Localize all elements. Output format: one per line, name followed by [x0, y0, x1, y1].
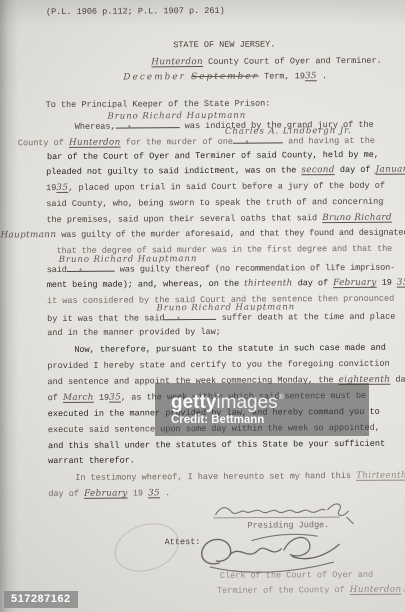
typed-text: STATE OF NEW JERSEY. [173, 39, 275, 50]
document-text: (P.L. 1906 p.112; P.L. 1907 p. 261)STATE… [0, 0, 403, 1]
typed-text: day of [48, 489, 84, 499]
getty-logo: gettyimages® [171, 388, 369, 412]
handwritten-text: Bruno Richard [322, 212, 392, 222]
typed-text: and in the manner provided by law; [47, 327, 221, 338]
typed-text: and having at the [283, 136, 375, 147]
document-line: the premises, said upon their several oa… [46, 213, 392, 225]
blank-line: Bruno Richard Hauptmann∧ [67, 263, 115, 272]
getty-watermark: gettyimages® Credit: Bettmann [155, 383, 369, 436]
typed-text: by it was that the said [47, 313, 165, 324]
typed-text: . [160, 488, 170, 498]
typed-text [186, 72, 191, 82]
handwritten-text: 35 [109, 392, 121, 402]
handwritten-text: Hauptmann [0, 230, 56, 240]
typed-text: the premises, said upon their several oa… [46, 213, 322, 225]
typed-text: Now, therefore, pursuant to the statute … [74, 343, 386, 355]
document-line: by it was that the saidBruno Richard Hau… [47, 310, 395, 324]
handwritten-insert: Bruno Richard Hauptmann [59, 254, 198, 265]
handwritten-insert: Charles A. Lindbergh Jr. [225, 126, 352, 137]
document-line: Hauptmann was guilty of the murder afore… [0, 228, 405, 241]
document-line: pleaded not guilty to said indictment, w… [46, 165, 405, 178]
document-line: (P.L. 1906 p.112; P.L. 1907 p. 261) [46, 6, 225, 17]
typed-text: Term, 19 [259, 71, 305, 81]
document-line: and this shall under the statutes of thi… [48, 439, 385, 451]
typed-text: day [390, 375, 405, 385]
blank-line: Bruno Richard Hauptmann∧ [116, 119, 180, 128]
handwritten-text: December [123, 72, 186, 82]
document-line: day of February 19 35 . [48, 488, 170, 499]
typed-text: warrant therefor. [48, 455, 135, 466]
typed-text: of [48, 393, 63, 403]
handwritten-insert: Bruno Richard Hauptmann [156, 302, 295, 313]
handwritten-text: March [63, 392, 94, 402]
document-line: County of Hunterdon for the murder of on… [18, 134, 375, 148]
typed-text: and this shall under the statutes of thi… [48, 439, 385, 451]
typed-text: In testimony whereof, I have hereunto se… [75, 471, 356, 483]
document-line: and in the manner provided by law; [47, 327, 221, 338]
handwritten-text: January [376, 164, 405, 174]
handwritten-text: 35 [305, 71, 317, 81]
document-line: Hunterdon County Court of Oyer and Termi… [151, 56, 382, 68]
handwritten-text: 35 [56, 182, 68, 192]
document-line: provided I hereby state and certify to y… [47, 359, 389, 371]
handwritten-text: Hunterdon [151, 56, 203, 66]
typed-text: day of [293, 278, 334, 288]
handwritten-text: second [301, 165, 334, 175]
handwritten-text: Hunterdon [69, 137, 121, 147]
typed-text: Whereas, [75, 122, 116, 132]
legal-document: (P.L. 1906 p.112; P.L. 1907 p. 261)STATE… [0, 0, 405, 612]
typed-text: said County, who, being sworn to speak t… [46, 197, 383, 209]
handwritten-text: 35 [148, 488, 160, 498]
document-line: saidBruno Richard Hauptmann∧ was guilty … [47, 261, 396, 275]
typed-text: for the murder of one [121, 137, 233, 148]
clerk-signature [192, 532, 347, 579]
typed-text: 19 [46, 183, 56, 193]
blank-line: Charles A. Lindbergh Jr.∧ [233, 134, 283, 143]
typed-text: (P.L. 1906 p.112; P.L. 1907 p. 261) [46, 6, 225, 17]
typed-text: , placed upon trial in said Court before… [68, 181, 385, 193]
handwritten-text: Hunterdon [350, 584, 402, 594]
handwritten-text: thirteenth [244, 278, 293, 288]
typed-text: County Court of Oyer and Terminer. [203, 56, 382, 67]
document-line: bar of the Court of Oyer and Terminer of… [47, 150, 379, 162]
blank-line: Bruno Richard Hauptmann∧ [165, 311, 217, 320]
registered-mark-icon: ® [279, 394, 284, 401]
document-line: In testimony whereof, I have hereunto se… [75, 471, 405, 483]
getty-logo-bold: getty [171, 392, 216, 413]
caret-mark: ∧ [128, 124, 132, 130]
typed-text: County of [18, 138, 69, 148]
typed-text: suffer death at the time and place [217, 312, 396, 323]
typed-text: pleaded not guilty to said indictment, w… [46, 165, 301, 177]
document-line: 1935, placed upon trial in said Court be… [46, 181, 385, 193]
typed-text: 19 [94, 393, 109, 403]
caret-mark: ∧ [177, 316, 181, 322]
document-line: December September Term, 1935 . [123, 71, 327, 82]
handwritten-text: 35 [397, 277, 405, 287]
typed-text: was guilty of the murder aforesaid, and … [56, 228, 405, 240]
typed-text: To the Principal Keeper of the State Pri… [46, 99, 271, 111]
getty-image-id: 517287162 [4, 591, 78, 608]
document-line: warrant therefor. [48, 455, 135, 466]
typed-text: day of [335, 165, 376, 175]
document-line: To the Principal Keeper of the State Pri… [46, 99, 271, 111]
handwritten-text: Thirteenth [356, 470, 405, 480]
document-line: Terminer of the County of Hunterdon. [217, 585, 405, 596]
document-photo: (P.L. 1906 p.112; P.L. 1907 p. 261)STATE… [0, 0, 405, 612]
caret-mark: ∧ [245, 140, 249, 146]
pencil-mark-circle [108, 515, 185, 579]
typed-text: bar of the Court of Oyer and Terminer of… [47, 150, 379, 162]
typed-text: 19 [128, 488, 149, 498]
document-line: ment being made); and, whereas, on the t… [47, 277, 405, 290]
typed-text: provided I hereby state and certify to y… [47, 359, 389, 371]
caret-mark: ∧ [79, 268, 83, 274]
handwritten-text: February [333, 277, 377, 287]
typed-text: 19 [377, 278, 397, 288]
typed-text: Terminer of the County of [217, 585, 350, 596]
typed-text: . [317, 71, 327, 81]
document-line: Now, therefore, pursuant to the statute … [74, 343, 386, 355]
handwritten-text: September [191, 71, 259, 81]
typed-text: said [47, 265, 67, 275]
typed-text: ment being made); and, whereas, on the [47, 279, 244, 290]
typed-text: was guilty thereof (no recommendation of… [115, 263, 395, 275]
judge-signature [211, 497, 361, 526]
handwritten-insert: Bruno Richard Hauptmann [108, 111, 247, 122]
document-line: STATE OF NEW JERSEY. [173, 39, 275, 50]
getty-logo-light: images [216, 392, 277, 413]
document-line: said County, who, being sworn to speak t… [46, 197, 383, 209]
getty-credit: Credit: Bettmann [171, 414, 369, 427]
handwritten-text: February [84, 488, 128, 498]
